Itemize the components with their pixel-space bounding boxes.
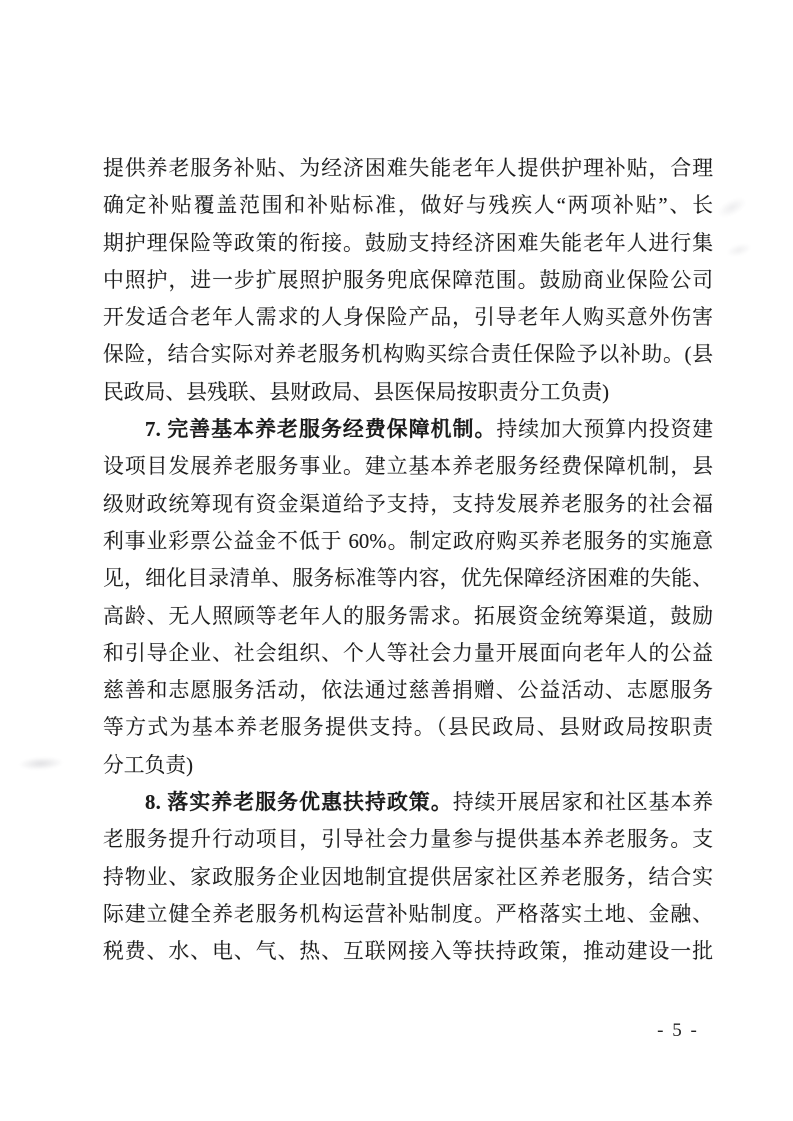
- text-line: 民政局、县残联、县财政局、县医保局按职责分工负责): [103, 374, 713, 411]
- text-line: 高龄、无人照顾等老年人的服务需求。拓展资金统筹渠道，鼓励: [103, 598, 713, 635]
- text-line: 利事业彩票公益金不低于 60%。制定政府购买养老服务的实施意: [103, 523, 713, 560]
- scan-smudge: [18, 756, 65, 771]
- text-line: 开发适合老年人需求的人身保险产品，引导老年人购买意外伤害: [103, 299, 713, 336]
- scan-smudge: [725, 241, 753, 259]
- text-line: 中照护，进一步扩展照护服务兜底保障范围。鼓励商业保险公司: [103, 262, 713, 299]
- paragraph-item-7: 7. 完善基本养老服务经费保障机制。持续加大预算内投资建设项目发展养老服务事业。…: [103, 411, 713, 784]
- text-line: 保险，结合实际对养老服务机构购买综合责任保险予以补助。(县: [103, 336, 713, 373]
- text-line: 提供养老服务补贴、为经济困难失能老年人提供护理补贴，合理: [103, 150, 713, 187]
- text-line: 老服务提升行动项目，引导社会力量参与提供基本养老服务。支: [103, 821, 713, 858]
- text-line: 级财政统筹现有资金渠道给予支持，支持发展养老服务的社会福: [103, 486, 713, 523]
- paragraph-item-8: 8. 落实养老服务优惠扶持政策。持续开展居家和社区基本养老服务提升行动项目，引导…: [103, 784, 713, 970]
- text-line: 和引导企业、社会组织、个人等社会力量开展面向老年人的公益: [103, 635, 713, 672]
- text-line: 慈善和志愿服务活动，依法通过慈善捐赠、公益活动、志愿服务: [103, 672, 713, 709]
- text-line: 见，细化目录清单、服务标准等内容，优先保障经济困难的失能、: [103, 560, 713, 597]
- text-line: 确定补贴覆盖范围和补贴标准，做好与残疾人“两项补贴”、长: [103, 187, 713, 224]
- document-page: 提供养老服务补贴、为经济困难失能老年人提供护理补贴，合理确定补贴覆盖范围和补贴标…: [0, 0, 793, 1121]
- text-line: 设项目发展养老服务事业。建立基本养老服务经费保障机制，县: [103, 448, 713, 485]
- scan-smudge: [714, 193, 749, 221]
- text-line: 期护理保险等政策的衔接。鼓励支持经济困难失能老年人进行集: [103, 225, 713, 262]
- document-body: 提供养老服务补贴、为经济困难失能老年人提供护理补贴，合理确定补贴覆盖范围和补贴标…: [103, 150, 713, 971]
- text-line: 际建立健全养老服务机构运营补贴制度。严格落实土地、金融、: [103, 896, 713, 933]
- bold-lead: 8. 落实养老服务优惠扶持政策。: [145, 791, 453, 814]
- page-number: - 5 -: [628, 1016, 728, 1046]
- paragraph-continuation: 提供养老服务补贴、为经济困难失能老年人提供护理补贴，合理确定补贴覆盖范围和补贴标…: [103, 150, 713, 411]
- bold-lead: 7. 完善基本养老服务经费保障机制。: [145, 418, 497, 441]
- text-line: 7. 完善基本养老服务经费保障机制。持续加大预算内投资建: [103, 411, 713, 448]
- text-line: 持物业、家政服务企业因地制宜提供居家社区养老服务，结合实: [103, 859, 713, 896]
- text-line: 分工负责): [103, 747, 713, 784]
- text-line: 8. 落实养老服务优惠扶持政策。持续开展居家和社区基本养: [103, 784, 713, 821]
- text-line: 等方式为基本养老服务提供支持。（县民政局、县财政局按职责: [103, 709, 713, 746]
- text-line: 税费、水、电、气、热、互联网接入等扶持政策，推动建设一批: [103, 933, 713, 970]
